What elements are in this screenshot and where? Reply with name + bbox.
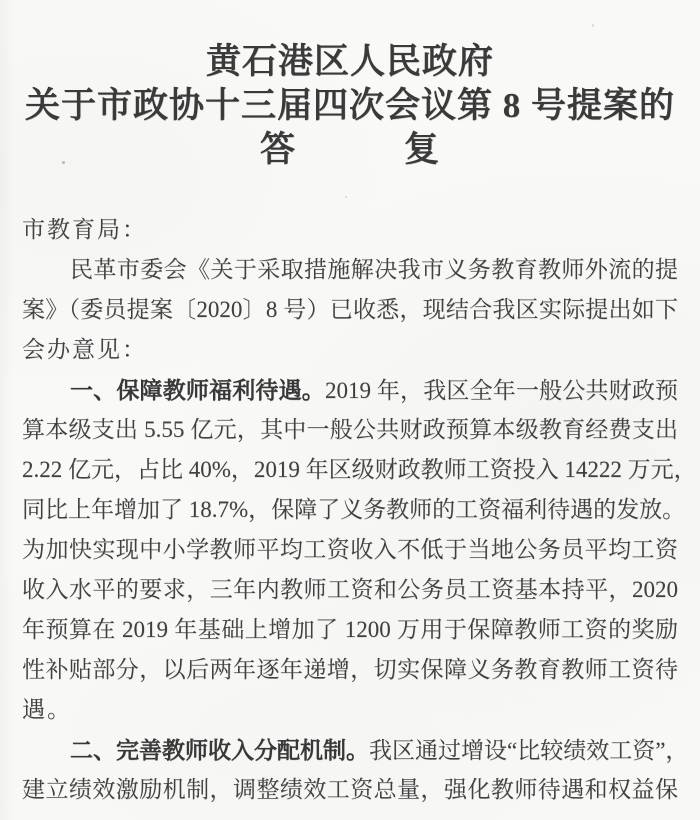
- document-title: 黄石港区人民政府 关于市政协十三届四次会议第 8 号提案的 答 复: [0, 40, 700, 172]
- scan-speck: [592, 24, 594, 27]
- paragraph-text: 建立绩效激励机制，调整绩效工资总量，强化教师待遇和权益保: [22, 777, 678, 802]
- paragraph-text: 收入水平的要求，三年内教师工资和公务员工资基本持平，2020: [22, 577, 678, 602]
- document-line: 二、完善教师收入分配机制。我区通过增设“比较绩效工资”，: [22, 730, 678, 770]
- paragraph-text: 年预算在 2019 年基础上增加了 1200 万用于保障教师工资的奖励: [22, 617, 678, 642]
- document-line: 2.22 亿元，占比 40%，2019 年区级财政教师工资投入 14222 万元…: [22, 450, 678, 490]
- section-heading-text: 一、保障教师福利待遇。: [70, 377, 325, 403]
- document-line: 一、保障教师福利待遇。2019 年，我区全年一般公共财政预: [22, 370, 678, 410]
- document-line: 性补贴部分，以后两年逐年递增，切实保障义务教育教师工资待: [22, 650, 678, 690]
- document-line: 为加快实现中小学教师平均工资收入不低于当地公务员平均工资: [22, 530, 678, 570]
- document-line: 市教育局：: [22, 210, 678, 250]
- paragraph-text: 案》（委员提案〔2020〕8 号）已收悉，现结合我区实际提出如下: [22, 297, 678, 322]
- paragraph-text: 民革市委会《关于采取措施解决我市义务教育教师外流的提: [70, 257, 678, 282]
- paragraph-text: 遇。: [22, 697, 72, 722]
- document-line: 收入水平的要求，三年内教师工资和公务员工资基本持平，2020: [22, 570, 678, 610]
- document-line: 民革市委会《关于采取措施解决我市义务教育教师外流的提: [22, 250, 678, 290]
- paragraph-text: 会办意见：: [22, 337, 147, 362]
- title-line-3: 答 复: [0, 128, 700, 172]
- document-line: 建立绩效激励机制，调整绩效工资总量，强化教师待遇和权益保: [22, 770, 678, 810]
- paragraph-text: 算本级支出 5.55 亿元，其中一般公共财政预算本级教育经费支出: [22, 417, 678, 442]
- document-line: 年预算在 2019 年基础上增加了 1200 万用于保障教师工资的奖励: [22, 610, 678, 650]
- paragraph-text: 市教育局：: [22, 217, 147, 242]
- scan-speck: [62, 161, 65, 164]
- paragraph-text: 性补贴部分，以后两年逐年递增，切实保障义务教育教师工资待: [22, 657, 678, 682]
- paragraph-text: 2.22 亿元，占比 40%，2019 年区级财政教师工资投入 14222 万元…: [22, 457, 697, 482]
- document-line: 会办意见：: [22, 330, 678, 370]
- document-line: 算本级支出 5.55 亿元，其中一般公共财政预算本级教育经费支出: [22, 410, 678, 450]
- document-line: 同比上年增加了 18.7%，保障了义务教师的工资福利待遇的发放。: [22, 490, 678, 530]
- paragraph-text: 我区通过增设“比较绩效工资”，: [369, 738, 688, 763]
- title-line-2: 关于市政协十三届四次会议第 8 号提案的: [0, 84, 700, 128]
- document-line: 案》（委员提案〔2020〕8 号）已收悉，现结合我区实际提出如下: [22, 290, 678, 330]
- title-line-1: 黄石港区人民政府: [0, 40, 700, 84]
- paragraph-text: 为加快实现中小学教师平均工资收入不低于当地公务员平均工资: [22, 537, 678, 562]
- scan-speck: [345, 196, 347, 198]
- document-body: 市教育局：民革市委会《关于采取措施解决我市义务教育教师外流的提案》（委员提案〔2…: [22, 210, 678, 810]
- document-line: 遇。: [22, 690, 678, 730]
- document-page: 黄石港区人民政府 关于市政协十三届四次会议第 8 号提案的 答 复 市教育局：民…: [0, 0, 700, 820]
- paragraph-text: 2019 年，我区全年一般公共财政预: [325, 378, 678, 403]
- paragraph-text: 同比上年增加了 18.7%，保障了义务教师的工资福利待遇的发放。: [22, 497, 685, 522]
- section-heading-text: 二、完善教师收入分配机制。: [70, 737, 369, 763]
